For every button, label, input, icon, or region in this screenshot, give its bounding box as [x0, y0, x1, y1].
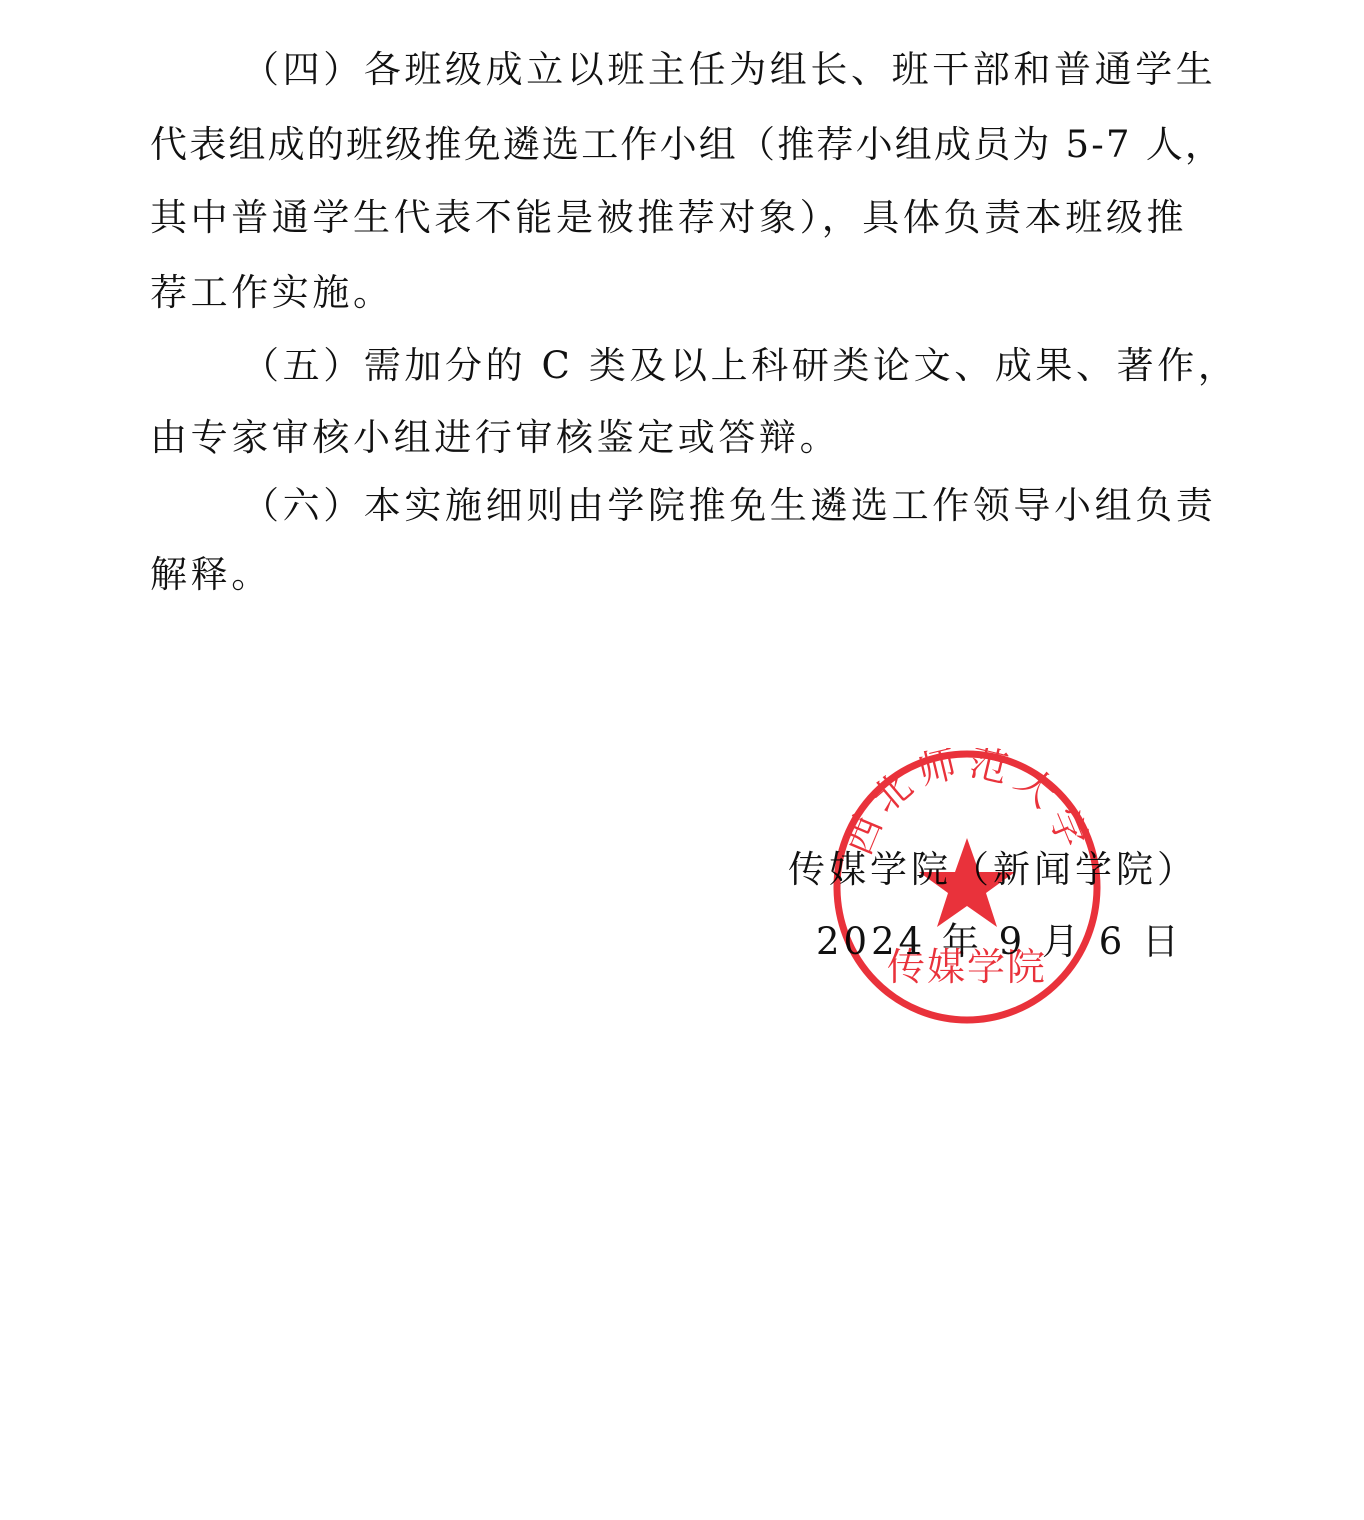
paragraph-4-line-3: 其中普通学生代表不能是被推荐对象），具体负责本班级推: [150, 198, 1187, 238]
paragraph-4-line-4: 荐工作实施。: [150, 273, 394, 313]
document-page: （四）各班级成立以班主任为组长、班干部和普通学生 代表组成的班级推免遴选工作小组…: [0, 0, 1364, 1520]
seal-bottom-text: 传媒学院: [887, 945, 1047, 989]
paragraph-5-line-1: （五）需加分的 C 类及以上科研类论文、成果、著作，: [242, 346, 1238, 386]
official-seal: 西北师范大学 传媒学院: [830, 748, 1104, 1026]
paragraph-6-line-1: （六）本实施细则由学院推免生遴选工作领导小组负责: [242, 486, 1216, 526]
paragraph-4-line-2: 代表组成的班级推免遴选工作小组（推荐小组成员为 5-7 人，: [150, 125, 1224, 165]
paragraph-4-line-1: （四）各班级成立以班主任为组长、班干部和普通学生: [242, 50, 1216, 90]
paragraph-5-line-2: 由专家审核小组进行审核鉴定或答辩。: [150, 418, 840, 458]
star-icon: [919, 838, 1015, 927]
paragraph-6-line-2: 解释。: [150, 555, 272, 595]
